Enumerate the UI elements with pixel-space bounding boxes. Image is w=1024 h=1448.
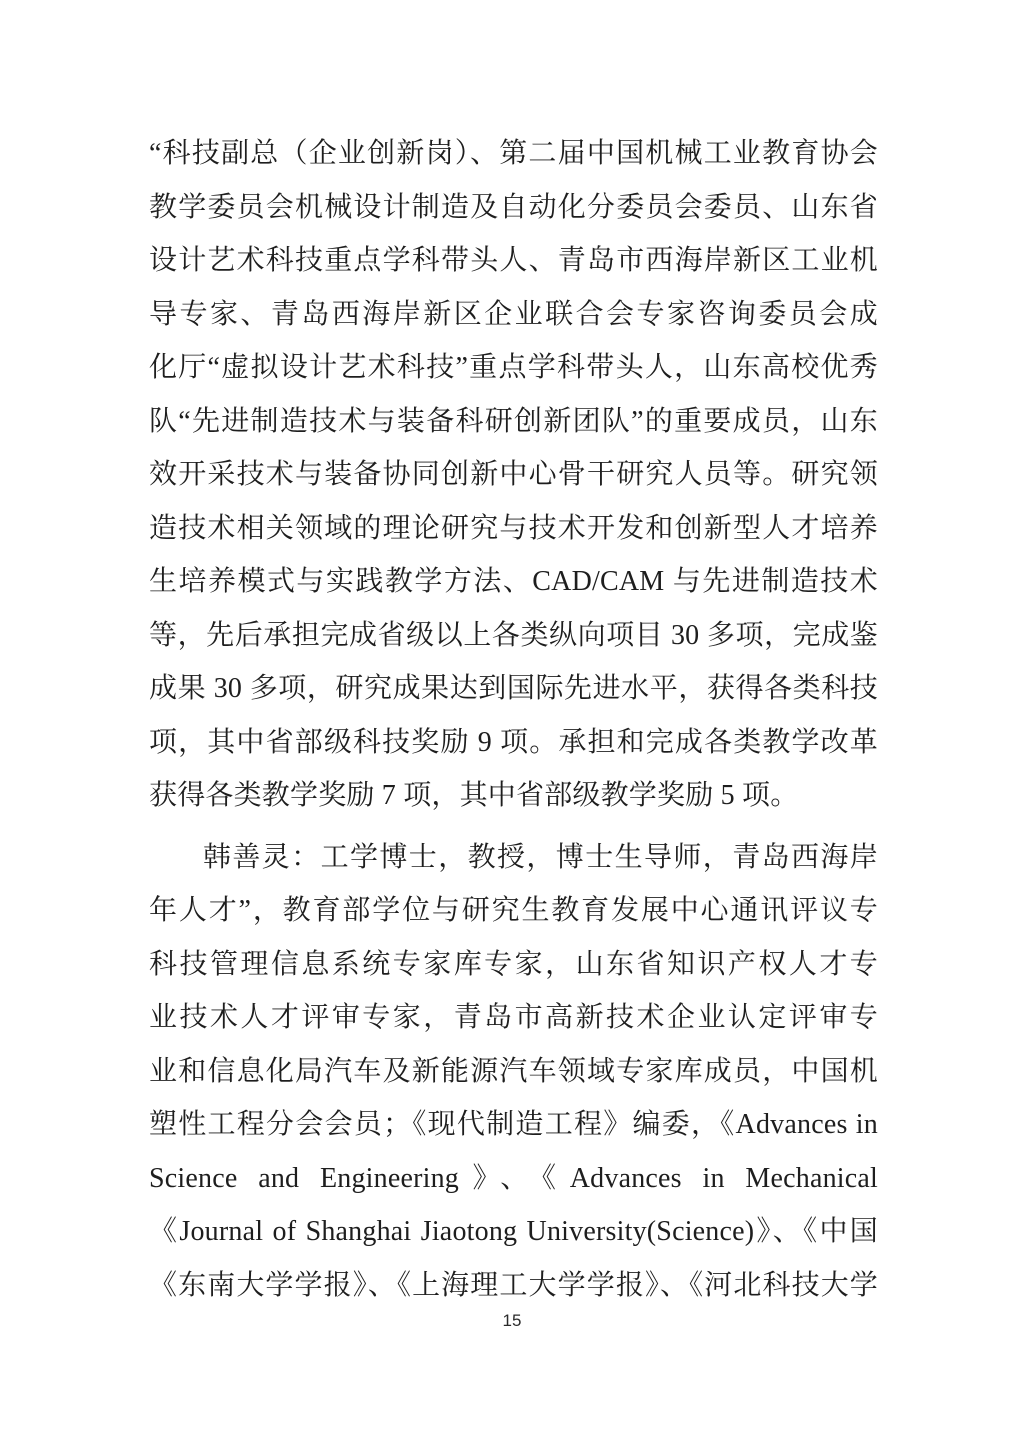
document-page: “科技副总（企业创新岗）、第二届中国机械工业教育协会机电类学科 教学委员会机械设… xyxy=(0,0,1024,1448)
text-line: 成果 30 多项，研究成果达到国际先进水平，获得各类科技奖励 20 余 xyxy=(149,662,878,716)
text-line: 项，其中省部级科技奖励 9 项。承担和完成各类教学改革项目 7 项， xyxy=(149,716,878,770)
text-line: 设计艺术科技重点学科带头人、青岛市西海岸新区工业机器人领域指 xyxy=(149,234,878,288)
page-number: 15 xyxy=(0,1311,1024,1331)
text-line: 业和信息化局汽车及新能源汽车领域专家库成员，中国机械工程学会 xyxy=(149,1045,878,1099)
text-line: 等，先后承担完成省级以上各类纵向项目 30 多项，完成鉴定和验收 xyxy=(149,609,878,663)
text-line: “科技副总（企业创新岗）、第二届中国机械工业教育协会机电类学科 xyxy=(149,127,878,181)
text-line: 效开采技术与装备协同创新中心骨干研究人员等。研究领域为先进制 xyxy=(149,448,878,502)
text-line: 年人才”，教育部学位与研究生教育发展中心通讯评议专家，教育部 xyxy=(149,884,878,938)
text-line: 《Journal of Shanghai Jiaotong University… xyxy=(149,1205,878,1259)
text-line: 业技术人才评审专家，青岛市高新技术企业认定评审专家，青岛市工 xyxy=(149,991,878,1045)
paragraph: “科技副总（企业创新岗）、第二届中国机械工业教育协会机电类学科 教学委员会机械设… xyxy=(149,127,878,823)
text-line: 导专家、青岛西海岸新区企业联合会专家咨询委员会成员。山东省文 xyxy=(149,288,878,342)
text-line: 教学委员会机械设计制造及自动化分委员会委员、山东省文化厅虚拟 xyxy=(149,181,878,235)
text-line: 生培养模式与实践教学方法、CAD/CAM 与先进制造技术课程群建设 xyxy=(149,555,878,609)
text-line: 塑性工程分会会员；《现代制造工程》编委，《Advances in Materia… xyxy=(149,1098,878,1152)
text-line: 获得各类教学奖励 7 项，其中省部级教学奖励 5 项。 xyxy=(149,769,878,823)
document-text: “科技副总（企业创新岗）、第二届中国机械工业教育协会机电类学科 教学委员会机械设… xyxy=(149,127,878,1312)
text-line: 造技术相关领域的理论研究与技术开发和创新型人才培养方法、研究 xyxy=(149,502,878,556)
text-line: 《东南大学学报》、《上海理工大学学报》、《河北科技大学学报》、《山 xyxy=(149,1259,878,1313)
paragraph: 韩善灵：工学博士，教授，博士生导师，青岛西海岸新区“优秀青 年人才”，教育部学位… xyxy=(149,831,878,1313)
text-line: 韩善灵：工学博士，教授，博士生导师，青岛西海岸新区“优秀青 xyxy=(149,831,878,885)
text-line: 队“先进制造技术与装备科研创新团队”的重要成员，山东煤炭安全高 xyxy=(149,395,878,449)
text-line: 科技管理信息系统专家库专家，山东省知识产权人才专家，青岛市专 xyxy=(149,938,878,992)
text-line: 化厅“虚拟设计艺术科技”重点学科带头人，山东高校优秀科研创新团 xyxy=(149,341,878,395)
text-line: Science and Engineering》、《Advances in Me… xyxy=(149,1152,878,1206)
